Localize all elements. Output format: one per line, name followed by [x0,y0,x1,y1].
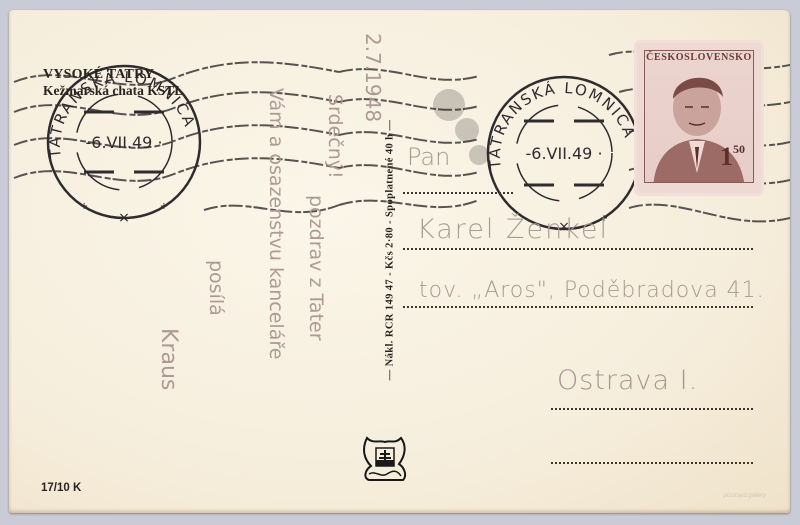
svg-text:-6.VII.49 ·: -6.VII.49 · [525,144,602,163]
postmark-2: -6.VII.49 · TATRANSKÁ LOMNICA × + [486,77,640,235]
publisher-line: — Nákl. RCR 149 47 - Kčs 2·80 - Spoplatn… [385,120,396,381]
postage-stamp: ČESKOSLOVENSKO 150 [637,43,761,193]
address-line-1 [403,248,753,250]
message-date: 2.7.1948 [361,33,385,122]
stamp-country: ČESKOSLOVENSKO [645,52,753,63]
svg-text:×: × [118,210,130,226]
coat-of-arms-icon [364,438,405,480]
recipient-street: tov. „Aros", Poděbradova 41. [419,278,765,303]
watermark: postcard.gallery [724,493,766,499]
message-line: Srdečný! [324,94,346,179]
postcard: -6.VII.49 · TATRANSKÁ LOMNICA × + + -6.V… [9,10,790,513]
svg-text:-6.VII.49 ·: -6.VII.49 · [85,133,162,152]
place-title: VYSOKÉ TATRY [43,67,154,83]
message-line: pozdrav z Tater [305,195,327,341]
signature: Kraus [156,328,181,390]
place-subtitle: Kežmarská chata KSTL [43,83,183,99]
stamp-value: 150 [720,142,745,172]
address-line-3 [551,408,753,410]
message-line: Vám a osazenstvu kanceláře [265,88,287,359]
address-line-4 [551,462,753,464]
salutation: Pan [407,143,450,171]
recipient-city: Ostrava I. [557,365,698,396]
recipient-name: Karel Ženkel [417,214,609,245]
series-code: 17/10 K [41,482,81,494]
svg-text:+: + [80,201,88,212]
salutation-line [403,192,513,194]
address-line-2 [403,306,753,308]
stamp-frame: ČESKOSLOVENSKO 150 [644,50,754,183]
message-line: posílá [205,260,227,316]
svg-text:+: + [160,201,168,212]
